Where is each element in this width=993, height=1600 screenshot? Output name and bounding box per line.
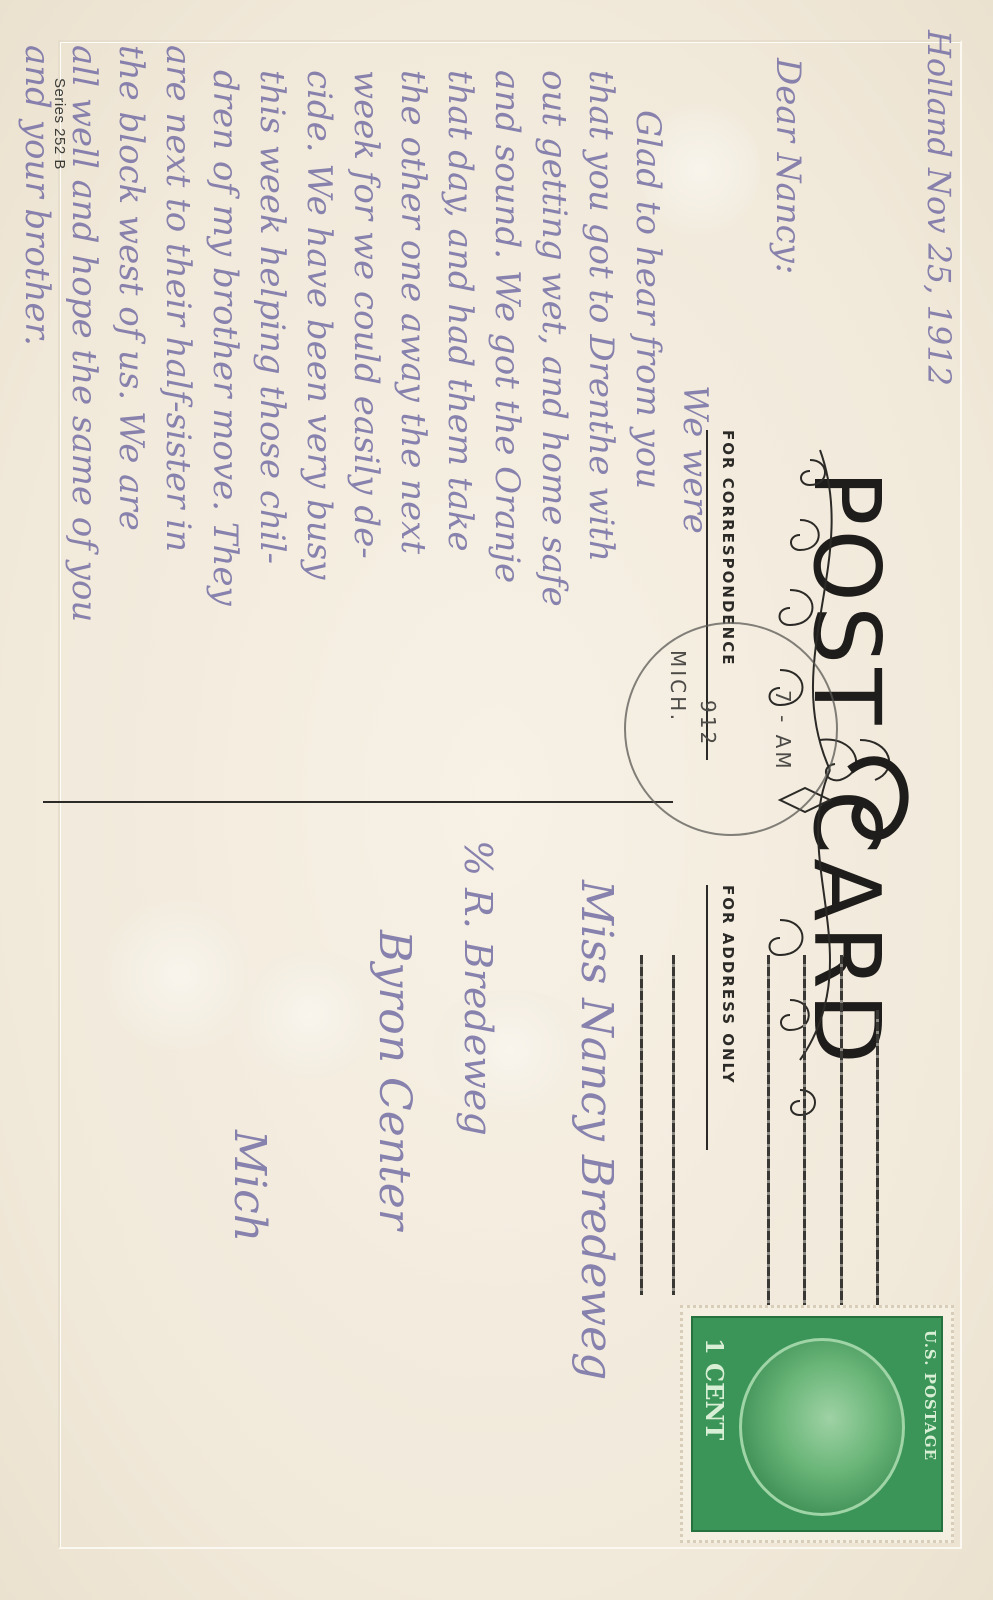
- address-line: Byron Center: [369, 930, 420, 1230]
- address-label: FOR ADDRESS ONLY: [719, 885, 737, 1085]
- handwritten-date: Holland Nov 25, 1912: [920, 30, 958, 386]
- message-line: week for we could easily de-: [346, 70, 386, 559]
- embossed-flower: [230, 950, 390, 1080]
- address-line: Miss Nancy Bredeweg: [571, 880, 622, 1380]
- message-line: out getting wet, and home safe: [534, 70, 574, 607]
- postage-stamp: U.S. POSTAGE 1 CENT: [680, 1305, 954, 1543]
- postmark: [624, 622, 838, 836]
- stamp-value: 1 CENT: [700, 1338, 729, 1440]
- message-line: Glad to hear from you: [628, 110, 668, 489]
- center-divider: [43, 801, 673, 803]
- message-line: are next to their half-sister in: [158, 45, 198, 552]
- stamp-face: U.S. POSTAGE 1 CENT: [691, 1316, 943, 1532]
- message-note: We were: [675, 385, 715, 534]
- message-line: dren of my brother move. They: [205, 70, 245, 606]
- postmark-state: MICH.: [666, 650, 690, 723]
- cancel-bar: [640, 955, 643, 1295]
- message-line: and sound. We got the Oranje: [487, 70, 527, 583]
- stamp-country: U.S. POSTAGE: [921, 1330, 939, 1461]
- postmark-time: 7 - AM: [771, 690, 795, 772]
- message-line: the other one away the next: [393, 70, 433, 554]
- message-line: the block west of us. We are: [111, 45, 151, 531]
- postmark-date: 912: [696, 700, 720, 747]
- salutation: Dear Nancy:: [768, 58, 808, 274]
- message-line: that day, and had them take: [440, 70, 480, 552]
- postcard: Series 252 B FOR CORRESPONDENCE FOR ADDR…: [0, 0, 993, 1600]
- message-line: that you got to Drenthe with: [581, 70, 621, 562]
- message-line: cide. We have been very busy: [299, 70, 339, 579]
- washington-portrait-icon: [739, 1338, 905, 1516]
- address-line: Mich: [224, 1130, 275, 1242]
- cancel-bar: [672, 955, 675, 1295]
- address-line: % R. Bredeweg: [456, 840, 500, 1136]
- message-line: all well and hope the same of you: [64, 45, 104, 622]
- message-line: and your brother.: [17, 45, 57, 346]
- message-line: this week helping those chil-: [252, 70, 292, 564]
- address-rule: [706, 885, 708, 1150]
